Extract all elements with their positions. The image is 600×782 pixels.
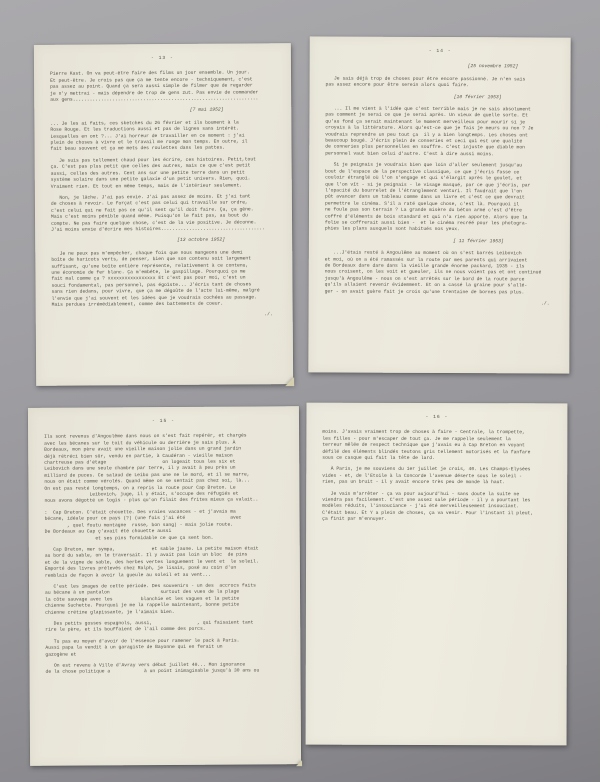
folded-corner [285, 377, 294, 386]
paragraph: ...J'étais resté à Angoulême au moment o… [325, 251, 554, 297]
paragraph: Je vais m'arrêter - ça va pour aujourd'h… [322, 491, 551, 524]
typed-page-13: - 13 - Pierre Kast. On va peut-être fair… [34, 43, 293, 386]
paragraph: On est revenu à Ville d'Avray vers début… [45, 662, 284, 676]
paragraph: Des petits gosses espagnols, aussi, , qu… [45, 620, 284, 634]
paragraph: moins. J'avais vraiment trop de choses à… [322, 430, 551, 463]
paragraph: Je suis pas tellement chaud pour les écr… [51, 157, 276, 191]
paragraph: Cap Breton, mer sympa, et sable jaune. L… [45, 546, 284, 579]
page-number: - 15 - [44, 418, 283, 426]
date-heading: [7 mai 1952] [50, 108, 275, 116]
paragraph: Non, je lâche. J'ai pas envie. J'ai pas … [51, 194, 276, 234]
paragraph: Tu pas eu moyen d'avoir de l'essence pou… [45, 638, 284, 659]
continuation-mark: ./. [52, 313, 277, 321]
gray-backing-board: - 13 - Pierre Kast. On va peut-être fair… [0, 0, 600, 782]
paragraph: À Paris, je me souviens du 1er juillet j… [322, 467, 551, 487]
paragraph: ... Il me vient à l'idée que c'est terri… [325, 107, 554, 159]
continuation-mark: ./. [325, 300, 554, 307]
date-heading: [10 février 1953] [325, 94, 554, 101]
folded-corner [296, 760, 302, 766]
typed-page-16: - 16 - moins. J'avais vraiment trop de c… [306, 403, 568, 746]
date-heading: [ 11 février 1953] [325, 238, 554, 245]
paragraph: Ils sont revenus d'Angoulême dans nous o… [44, 434, 283, 506]
date-heading: [25 novembre 1952] [326, 64, 555, 71]
typed-page-14: - 14 - [25 novembre 1952] Je sais déjà t… [308, 36, 570, 373]
paragraph: Je sais déjà trop de choses pour être en… [326, 76, 555, 90]
page-number: - 14 - [326, 49, 555, 56]
paragraph: Je ne peux pas m'empêcher, chaque fois q… [51, 250, 276, 309]
page-number: - 16 - [322, 415, 551, 422]
paragraph: Pierre Kast. On va peut-être faire des f… [50, 71, 275, 105]
typed-page-15: - 15 - Ils sont revenus d'Angoulême dans… [28, 406, 301, 766]
page-number: - 13 - [50, 55, 275, 63]
paragraph: : Cap Breton. C'était chouette. Des vrai… [45, 509, 284, 542]
paragraph: C'est les images de cette période. Des s… [45, 583, 284, 616]
paragraph: ... Je les ai faits, ces sketches du 26 … [50, 120, 275, 154]
date-heading: [13 octobre 1952] [51, 238, 276, 246]
paragraph: Si je peignais je voudrais bien que loin… [325, 163, 554, 234]
